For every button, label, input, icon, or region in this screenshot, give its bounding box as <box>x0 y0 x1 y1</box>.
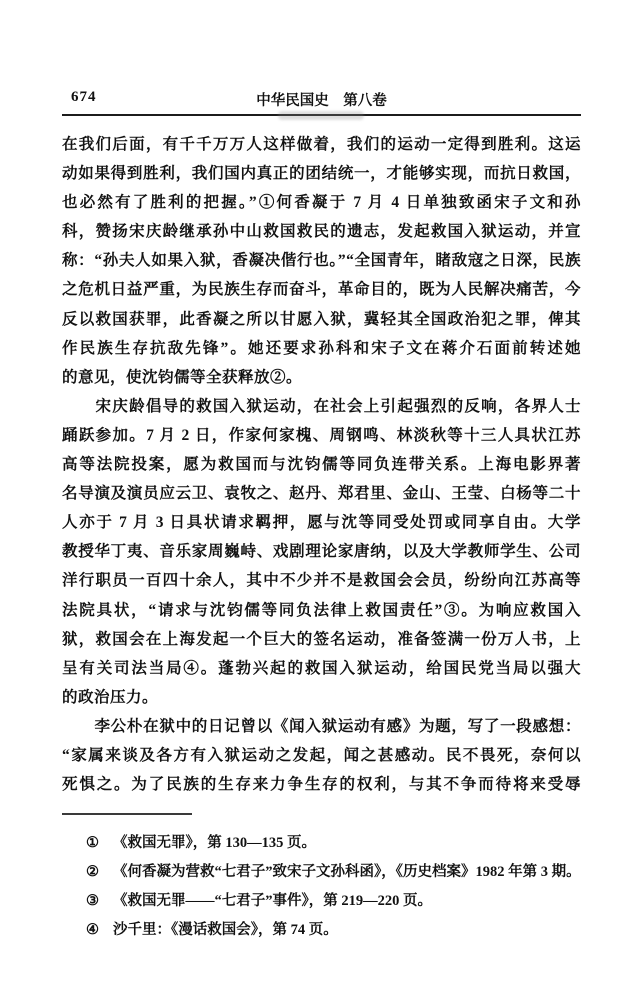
footnote-text: 《何香凝为营救“七君子”致宋子文孙科函》，《历史档案》1982 年第 3 期。 <box>113 858 581 887</box>
footnote: ④ 沙千里：《漫话救国会》，第 74 页。 <box>62 916 581 945</box>
body-line: 人亦于 7 月 3 日具状请求羁押，愿与沈等同受处罚或同享自由。大学 <box>62 508 581 537</box>
footnote-separator <box>62 813 192 815</box>
scan-artifact <box>278 111 364 120</box>
body-line: 教授华丁夷、音乐家周巍峙、戏剧理论家唐纳，以及大学教师学生、公司 <box>62 537 581 566</box>
footnote-marker: ④ <box>86 916 106 945</box>
body-text: 在我们后面，有千千万万人这样做着，我们的运动一定得到胜利。这运 动如果得到胜利，… <box>62 130 581 799</box>
body-line: 称：“孙夫人如果入狱，香凝决偕行也。”“全国青年，睹敌寇之日深，民族 <box>62 246 581 275</box>
footnotes: ① 《救国无罪》，第 130—135 页。 ② 《何香凝为营救“七君子”致宋子文… <box>62 829 581 945</box>
running-title: 中华民国史 第八卷 <box>62 89 581 110</box>
footnote-marker: ② <box>86 858 106 887</box>
footnote: ① 《救国无罪》，第 130—135 页。 <box>62 829 581 858</box>
footnote-marker: ③ <box>86 887 106 916</box>
footnote-text: 沙千里：《漫话救国会》，第 74 页。 <box>113 916 581 945</box>
body-line: 李公朴在狱中的日记曾以《闻入狱运动有感》为题，写了一段感想： <box>62 712 581 741</box>
body-line: 高等法院投案，愿为救国而与沈钧儒等同负连带关系。上海电影界著 <box>62 450 581 479</box>
body-line: 作民族生存抗敌先锋”。她还要求孙科和宋子文在蒋介石面前转述她 <box>62 334 581 363</box>
footnote: ② 《何香凝为营救“七君子”致宋子文孙科函》，《历史档案》1982 年第 3 期… <box>62 858 581 887</box>
footnote-marker: ① <box>86 829 106 858</box>
body-line: 之危机日益严重，为民族生存而奋斗，革命目的，既为人民解决痛苦，今 <box>62 275 581 304</box>
footnote: ③ 《救国无罪——“七君子”事件》，第 219—220 页。 <box>62 887 581 916</box>
body-line: 踊跃参加。7 月 2 日，作家何家槐、周钢鸣、林淡秋等十三人具状江苏 <box>62 421 581 450</box>
body-line: 呈有关司法当局④。蓬勃兴起的救国入狱运动，给国民党当局以强大 <box>62 654 581 683</box>
footnote-text: 《救国无罪》，第 130—135 页。 <box>113 829 581 858</box>
body-line: 动如果得到胜利，我们国内真正的团结统一，才能够实现，而抗日救国， <box>62 159 581 188</box>
body-line: 名导演及演员应云卫、袁牧之、赵丹、郑君里、金山、王莹、白杨等二十余 <box>62 479 581 508</box>
page-header: 674 中华民国史 第八卷 <box>62 88 581 108</box>
body-line: 也必然有了胜利的把握。”①何香凝于 7 月 4 日单独致函宋子文和孙 <box>62 188 581 217</box>
body-line: 洋行职员一百四十余人，其中不少并不是救国会会员，纷纷向江苏高等 <box>62 566 581 595</box>
body-line: 反以救国获罪，此香凝之所以甘愿入狱，冀轻其全国政治犯之罪，俾其 <box>62 305 581 334</box>
footnote-text: 《救国无罪——“七君子”事件》，第 219—220 页。 <box>113 887 581 916</box>
body-line: 法院具状，“请求与沈钧儒等同负法律上救国责任”③。为响应救国入 <box>62 596 581 625</box>
body-line: 科，赞扬宋庆龄继承孙中山救国救民的遗志，发起救国入狱运动，并宣 <box>62 217 581 246</box>
body-line: 死惧之。为了民族的生存来力争生存的权利，与其不争而待将来受辱 <box>62 770 581 799</box>
book-page: 674 中华民国史 第八卷 在我们后面，有千千万万人这样做着，我们的运动一定得到… <box>0 0 644 1000</box>
body-line: 狱，救国会在上海发起一个巨大的签名运动，准备签满一份万人书，上 <box>62 625 581 654</box>
body-line: 宋庆龄倡导的救国入狱运动，在社会上引起强烈的反响，各界人士 <box>62 392 581 421</box>
body-line: “家属来谈及各方有入狱运动之发起，闻之甚感动。民不畏死，奈何以 <box>62 741 581 770</box>
body-line: 的政治压力。 <box>62 683 581 712</box>
body-line: 在我们后面，有千千万万人这样做着，我们的运动一定得到胜利。这运 <box>62 130 581 159</box>
body-line: 的意见，使沈钧儒等全获释放②。 <box>62 363 581 392</box>
